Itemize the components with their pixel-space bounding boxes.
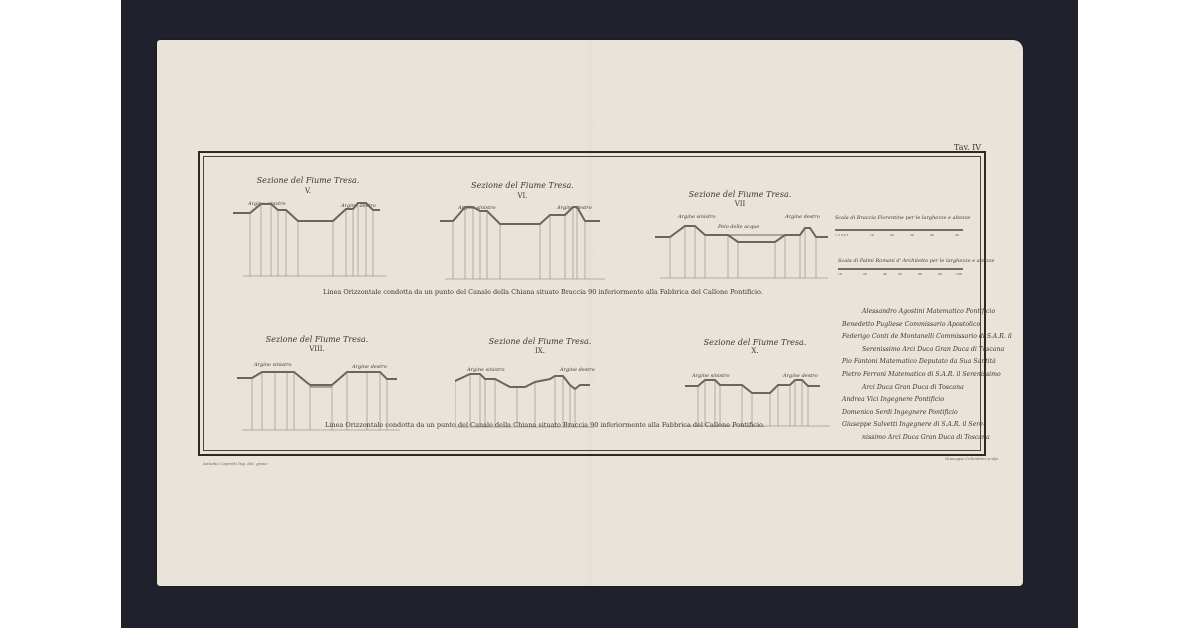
signatory-line: Alessandro Agostini Matematico Pontifici… [842,306,982,319]
svg-text:20: 20 [863,272,867,276]
svg-text:30: 30 [910,233,914,237]
section-viii: Sezione del Fiume Tresa. VIII. Argine si… [232,335,402,435]
signatory-line: Arci Duca Gran Duca di Toscana [842,382,982,395]
signatory-line: Federigo Conti de Montanelli Commissario… [842,331,982,344]
scale-bar-braccia: 1 2 3 4 51020304050 [835,227,965,237]
svg-text:1 2 3 4 5: 1 2 3 4 5 [835,233,848,237]
svg-text:80: 80 [938,272,942,276]
signatory-line: Giuseppe Salvetti Ingegnere di S.A.R. il… [842,419,982,432]
signatory-line: Pietro Ferroni Matematico di S.A.R. il S… [842,369,982,382]
svg-text:100: 100 [956,272,962,276]
section-v: Sezione del Fiume Tresa. V. Argine sinis… [228,176,388,286]
engraver-credit-left: Antonio Capretti Ing. del. grave [203,461,268,466]
signatory-line: nissimo Arci Duca Gran Duca di Toscana [842,432,982,445]
signatory-line: Andrea Vici Ingegnere Pontificio [842,394,982,407]
cross-section-profile [650,190,830,285]
engraver-credit-right: Giuseppe Colombini sculp. [945,456,999,461]
svg-text:10: 10 [838,272,842,276]
scale-braccia-label: Scala di Braccia Fiorentine per le largh… [835,215,970,221]
svg-text:50: 50 [955,233,959,237]
scale-palmi-label: Scala di Palmi Romani d' Architetto per … [838,258,994,264]
signatory-line: Pio Fantoni Matematico Deputato da Sua S… [842,356,982,369]
scale-bar-palmi: 102040506080100 [838,266,968,276]
signatory-line: Serenissimo Arci Duca Gran Duca di Tosca… [842,344,982,357]
section-ix: Sezione del Fiume Tresa. IX. Argine sini… [455,337,625,432]
svg-text:40: 40 [883,272,887,276]
cross-section-profile [232,335,402,435]
cross-section-profile [228,176,388,286]
signatories-list: Alessandro Agostini Matematico Pontifici… [842,306,982,445]
svg-text:40: 40 [930,233,934,237]
signatory-line: Benedetto Pugliese Commissario Apostolic… [842,319,982,332]
bottom-baseline-caption: Linea Orizzontale condotta da un punto d… [325,421,765,429]
svg-text:20: 20 [890,233,894,237]
signatory-line: Domenico Serdi Ingegnere Pontificio [842,407,982,420]
svg-text:50: 50 [898,272,902,276]
cross-section-profile [435,181,610,286]
section-x: Sezione del Fiume Tresa. X. Argine sinis… [680,338,830,433]
section-vii: Sezione del Fiume Tresa. VII Argine sini… [650,190,830,285]
svg-text:10: 10 [870,233,874,237]
top-baseline-caption: Linea Orizzontale condotta da un punto d… [323,288,763,296]
svg-text:60: 60 [918,272,922,276]
cross-section-profile [455,337,625,432]
section-vi: Sezione del Fiume Tresa. VI. Argine sini… [435,181,610,286]
cross-section-profile [680,338,830,433]
